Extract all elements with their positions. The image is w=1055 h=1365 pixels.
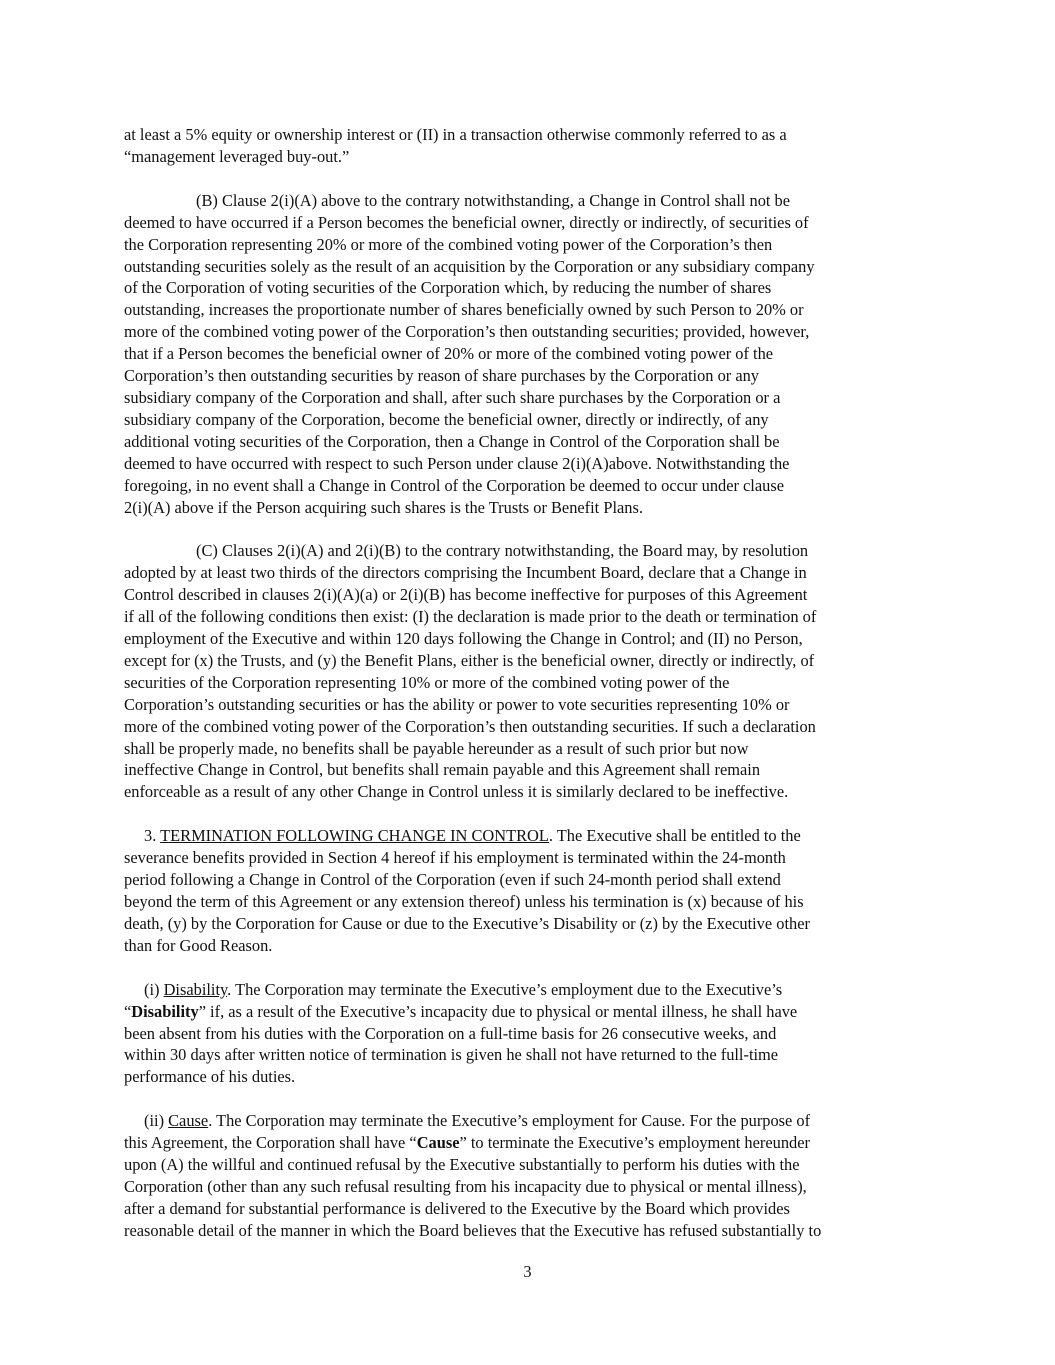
subsection-disability: (i) Disability. The Corporation may term… — [124, 979, 936, 1089]
spacer — [124, 957, 936, 979]
paragraph-clause-b: (B) Clause 2(i)(A) above to the contrary… — [124, 190, 936, 519]
section-3-heading: TERMINATION FOLLOWING CHANGE IN CONTROL — [160, 826, 549, 845]
defined-term-cause: Cause — [417, 1133, 460, 1152]
spacer — [124, 518, 936, 540]
document-page: at least a 5% equity or ownership intere… — [124, 124, 936, 1242]
paragraph-clause-c: (C) Clauses 2(i)(A) and 2(i)(B) to the c… — [124, 540, 936, 803]
paragraph-continuation: at least a 5% equity or ownership intere… — [124, 124, 936, 168]
spacer — [124, 168, 936, 190]
subsection-i-text2: ” if, as a result of the Executive’s inc… — [124, 1002, 797, 1087]
subsection-cause: (ii) Cause. The Corporation may terminat… — [124, 1110, 936, 1241]
spacer — [124, 803, 936, 825]
subsection-ii-heading: Cause — [168, 1111, 208, 1130]
section-3-paragraph: 3. TERMINATION FOLLOWING CHANGE IN CONTR… — [124, 825, 936, 956]
defined-term-disability: Disability — [131, 1002, 198, 1021]
subsection-ii-number: (ii) — [144, 1111, 168, 1130]
spacer — [124, 1088, 936, 1110]
section-3-text: . The Executive shall be entitled to the… — [124, 826, 810, 955]
subsection-i-heading: Disability — [164, 980, 228, 999]
section-3-number: 3. — [144, 826, 160, 845]
page-number: 3 — [0, 1262, 1055, 1282]
subsection-i-number: (i) — [144, 980, 164, 999]
